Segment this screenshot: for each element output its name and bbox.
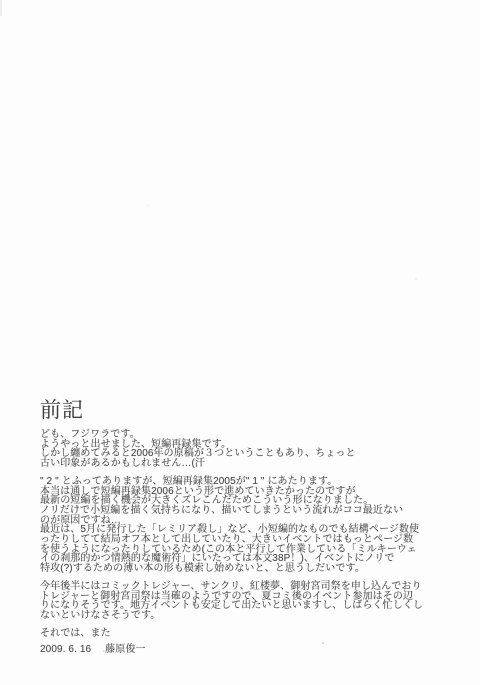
afterword-content: 前記 ども、フジワラです。ようやっと出せました、短編再録集です。しかし纏めてみる… <box>40 399 446 655</box>
signature-line: 2009. 6. 16藤原俊一 <box>40 645 446 655</box>
text-line: 古い印象があるかもしれません…(汗 <box>40 459 446 469</box>
scan-speck <box>147 205 149 206</box>
body-paragraphs: ども、フジワラです。ようやっと出せました、短編再録集です。しかし纏めてみると20… <box>40 430 446 621</box>
scanned-document-page: 前記 ども、フジワラです。ようやっと出せました、短編再録集です。しかし纏めてみる… <box>0 0 480 685</box>
text-line: 特攻(?)するための薄い本の形も模索し始めないと、と思うしだいです。 <box>40 564 446 574</box>
paragraph: 今年後半にはコミックトレジャー、サンクリ、紅楼夢、御射宮司祭を申し込んでおりトレ… <box>40 582 446 621</box>
author-name: 藤原俊一 <box>105 644 145 655</box>
page-title: 前記 <box>40 399 446 423</box>
scan-edge-artifact <box>0 0 2 16</box>
scan-speck <box>415 278 417 280</box>
date-text: 2009. 6. 16 <box>40 644 91 655</box>
text-line: ないといけなさそうです。 <box>40 611 446 621</box>
paragraph: ども、フジワラです。ようやっと出せました、短編再録集です。しかし纏めてみると20… <box>40 430 446 469</box>
paragraph: " 2 " とふってありますが、短編再録集2005が" 1 " にあたります。本… <box>40 477 446 574</box>
closing-line: それでは、また <box>40 629 446 639</box>
